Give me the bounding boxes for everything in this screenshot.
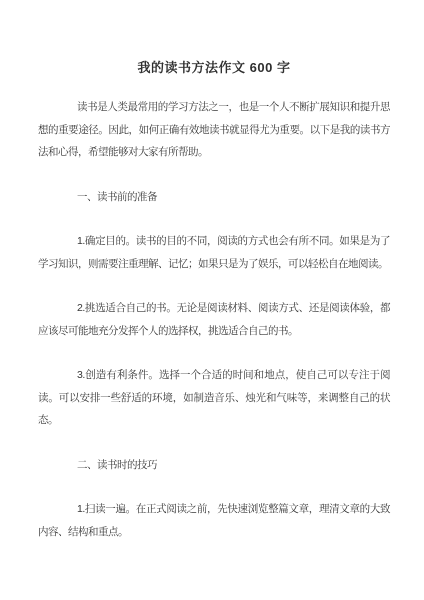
section-1-point-2-paragraph: 2.挑选适合自己的书。无论是阅读材料、阅读方式、还是阅读体验，都应该尽可能地充分… xyxy=(38,297,390,342)
section-1-point-1-paragraph: 1.确定目的。读书的目的不同，阅读的方式也会有所不同。如果是为了学习知识，则需要… xyxy=(38,230,390,275)
intro-paragraph: 读书是人类最常用的学习方法之一，也是一个人不断扩展知识和提升思想的重要途径。因此… xyxy=(38,96,390,164)
document-title: 我的读书方法作文 600 字 xyxy=(38,58,390,78)
document-page: 我的读书方法作文 600 字 读书是人类最常用的学习方法之一，也是一个人不断扩展… xyxy=(0,0,424,600)
section-2-heading: 二、读书时的技巧 xyxy=(38,454,390,477)
section-1-point-3-paragraph: 3.创造有利条件。选择一个合适的时间和地点，使自己可以专注于阅读。可以安排一些舒… xyxy=(38,364,390,432)
section-1-heading: 一、读书前的准备 xyxy=(38,186,390,209)
section-2-point-1-paragraph: 1.扫读一遍。在正式阅读之前，先快速浏览整篇文章，理清文章的大致内容、结构和重点… xyxy=(38,498,390,543)
